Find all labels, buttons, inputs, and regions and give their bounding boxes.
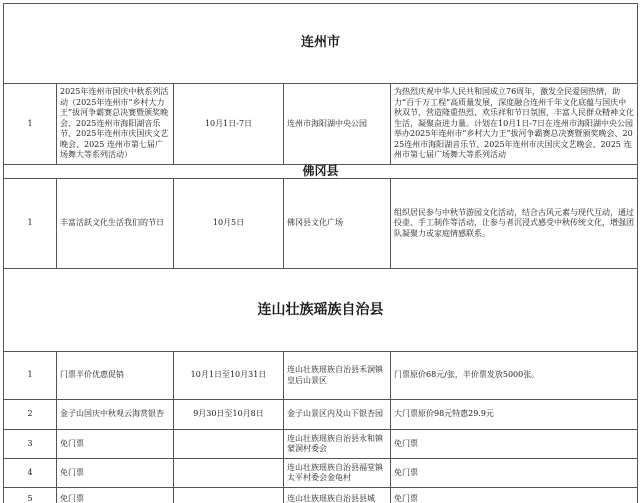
table-row: 1 2025年连州市国庆中秋系列活动（2025年连州市“乡村大力王”拔河争霸赛总… [4, 84, 638, 165]
section-title-lianshan: 连山壮族瑶族自治县 [4, 269, 638, 352]
document-page: 连州市 1 2025年连州市国庆中秋系列活动（2025年连州市“乡村大力王”拔河… [0, 0, 640, 503]
section-header-lianshan: 连山壮族瑶族自治县 [4, 269, 638, 352]
description-cell: 免门票 [391, 430, 638, 459]
description-cell: 门票原价68元/张，半价票发放5000张。 [391, 352, 638, 400]
date-cell [174, 430, 284, 459]
row-number: 4 [4, 459, 57, 488]
date-cell [174, 459, 284, 488]
activity-cell: 免门票 [57, 488, 174, 503]
date-cell: 10月5日 [174, 179, 284, 269]
table-row: 2 金子山国庆中秋观云海赏银杏 9月30日至10月8日 金子山景区内及山下银杏园… [4, 400, 638, 430]
description-cell: 大门票原价98元特惠29.9元 [391, 400, 638, 430]
location-cell: 连山壮族瑶族自治县福堂镇太平村委会金龟村 [284, 459, 391, 488]
activity-cell: 2025年连州市国庆中秋系列活动（2025年连州市“乡村大力王”拔河争霸赛总决赛… [57, 84, 174, 165]
location-cell: 连州市海阳湖中央公园 [284, 84, 391, 165]
events-schedule-table: 连州市 1 2025年连州市国庆中秋系列活动（2025年连州市“乡村大力王”拔河… [3, 3, 638, 503]
row-number: 1 [4, 352, 57, 400]
description-cell: 免门票 [391, 488, 638, 503]
row-number: 1 [4, 179, 57, 269]
date-cell: 9月30日至10月8日 [174, 400, 284, 430]
location-cell: 金子山景区内及山下银杏园 [284, 400, 391, 430]
section-title-lianzhou: 连州市 [4, 4, 638, 84]
table-row: 4 免门票 连山壮族瑶族自治县福堂镇太平村委会金龟村 免门票 [4, 459, 638, 488]
activity-cell: 免门票 [57, 430, 174, 459]
description-cell: 免门票 [391, 459, 638, 488]
location-cell: 连山壮族瑶族自治县永和镇 蒙洞村委会 [284, 430, 391, 459]
activity-cell: 门票半价优惠促销 [57, 352, 174, 400]
date-cell: 10月1日-7日 [174, 84, 284, 165]
row-number: 1 [4, 84, 57, 165]
section-header-fogang: 佛冈县 [4, 165, 638, 179]
table-row: 5 免门票 连山壮族瑶族自治县县城 免门票 [4, 488, 638, 503]
table-row: 1 门票半价优惠促销 10月1日至10月31日 连山壮族瑶族自治县禾洞镇 皇后山… [4, 352, 638, 400]
date-cell: 10月1日至10月31日 [174, 352, 284, 400]
section-header-lianzhou: 连州市 [4, 4, 638, 84]
row-number: 3 [4, 430, 57, 459]
location-cell: 佛冈县文化广场 [284, 179, 391, 269]
date-cell [174, 488, 284, 503]
activity-cell: 金子山国庆中秋观云海赏银杏 [57, 400, 174, 430]
description-cell: 为热烈庆祝中华人民共和国成立76周年，激发全民爱国热情，助力“百千万工程”高质量… [391, 84, 638, 165]
location-cell: 连山壮族瑶族自治县禾洞镇 皇后山景区 [284, 352, 391, 400]
section-title-fogang: 佛冈县 [4, 165, 638, 179]
row-number: 5 [4, 488, 57, 503]
activity-cell: 丰富活跃文化生活我们的节日 [57, 179, 174, 269]
row-number: 2 [4, 400, 57, 430]
description-cell: 组织居民参与中秋节游园文化活动，结合古风元素与现代互动，通过投壶、手工制作等活动… [391, 179, 638, 269]
location-cell: 连山壮族瑶族自治县县城 [284, 488, 391, 503]
table-row: 3 免门票 连山壮族瑶族自治县永和镇 蒙洞村委会 免门票 [4, 430, 638, 459]
table-row: 1 丰富活跃文化生活我们的节日 10月5日 佛冈县文化广场 组织居民参与中秋节游… [4, 179, 638, 269]
activity-cell: 免门票 [57, 459, 174, 488]
